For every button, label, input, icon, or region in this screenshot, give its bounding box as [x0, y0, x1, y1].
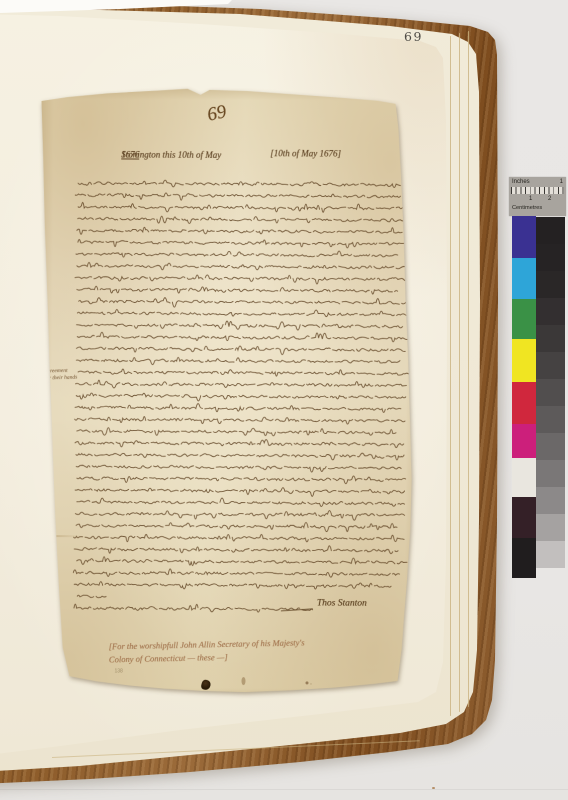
gray-step-8 [536, 406, 565, 433]
handwriting-line [77, 226, 402, 236]
manuscript-wrapper: 69 Stonington this 10th of May 1676 [10t… [34, 87, 421, 701]
color-patch-blue [512, 216, 536, 258]
photograph-stage: 69 69 Stonington this 10th of May 1676 [… [0, 0, 568, 800]
gray-ramp-column [536, 217, 565, 568]
handwriting-line [75, 487, 405, 497]
ruler-cm-mark-2: 2 [548, 196, 551, 202]
catalog-mark: 138 [115, 668, 123, 674]
handwriting-line [78, 239, 406, 248]
handwriting-line [74, 604, 313, 613]
handwriting-line [78, 216, 410, 225]
handwriting-line [75, 193, 405, 202]
gray-step-13 [536, 541, 565, 568]
handwriting-line [76, 452, 404, 461]
gray-step-6 [536, 352, 565, 379]
gray-step-2 [536, 244, 565, 271]
handwriting-line [77, 497, 405, 507]
address-line-2: Colony of Connecticut — these —] [109, 650, 228, 665]
handwriting-line [77, 332, 407, 342]
handwriting-line [76, 380, 407, 389]
handwriting-line [75, 416, 405, 424]
color-patch-white [512, 458, 536, 497]
handwriting-line [76, 393, 406, 402]
backdrop-seam [0, 789, 568, 790]
handwriting-line [75, 403, 401, 413]
handwriting-line [78, 368, 408, 376]
calibration-ruler: Inches 1 1 2 Centimetres [509, 177, 566, 216]
archivist-date-annotation: [10th of May 1676] [270, 148, 341, 158]
handwriting-line [77, 309, 407, 317]
handwriting-line [75, 509, 404, 520]
handwriting-line [76, 521, 397, 532]
handwriting-lines [71, 173, 415, 621]
handwriting-line [76, 250, 398, 259]
paper-crease [35, 535, 81, 537]
handwriting-line [74, 581, 391, 589]
handwriting-line [77, 262, 408, 271]
marginal-note: by agreement under their hands [38, 368, 78, 383]
handwriting-line [75, 439, 404, 449]
handwriting-line [78, 180, 400, 188]
handwriting-line [77, 320, 403, 330]
printed-folio-number: 69 [404, 29, 423, 44]
ruler-inches-label: Inches [512, 179, 530, 185]
handwriting-line [78, 202, 409, 213]
gray-step-10 [536, 460, 565, 487]
signature: Thos Stanton [317, 598, 367, 608]
color-patch-black [512, 538, 536, 578]
color-patch-magenta [512, 424, 536, 458]
handwriting-line [75, 274, 405, 284]
ink-blot [305, 681, 308, 684]
ruler-tick-strip [511, 187, 564, 194]
manuscript-folio-inscription: 69 [205, 101, 228, 126]
ruler-inch-mark: 1 [560, 179, 563, 185]
ink-blot [241, 677, 245, 685]
color-patch-cyan [512, 258, 536, 299]
handwriting-line [76, 465, 401, 473]
handwriting-line [77, 286, 398, 294]
color-patch-column [512, 216, 536, 578]
color-patch-red [512, 382, 536, 424]
handwriting-line [77, 427, 396, 436]
gray-step-3 [536, 271, 565, 298]
handwriting-line [74, 544, 398, 554]
backdrop-speck [432, 787, 435, 789]
dateline-year: 1676 [121, 149, 139, 159]
handwriting-line [77, 595, 106, 598]
gray-step-9 [536, 433, 565, 460]
handwriting-line [77, 556, 407, 566]
gray-step-11 [536, 487, 565, 514]
ink-blot [200, 679, 211, 691]
handwriting-line [73, 568, 399, 578]
handwriting-line [77, 475, 406, 484]
gray-step-1 [536, 217, 565, 244]
handwriting-line [79, 297, 409, 308]
gray-step-4 [536, 298, 565, 325]
ruler-cm-mark-1: 1 [529, 196, 532, 202]
manuscript-letter: 69 Stonington this 10th of May 1676 [10t… [34, 87, 421, 701]
color-patch-yellow [512, 339, 536, 382]
handwriting-line [76, 345, 405, 355]
gray-step-5 [536, 325, 565, 352]
color-patch-dark-maroon [512, 497, 536, 538]
handwriting-line [74, 533, 405, 543]
gray-step-7 [536, 379, 565, 406]
ruler-centimetres-label: Centimetres [512, 205, 542, 211]
handwriting-line [76, 357, 400, 366]
gray-step-12 [536, 514, 565, 541]
color-patch-green [512, 299, 536, 339]
